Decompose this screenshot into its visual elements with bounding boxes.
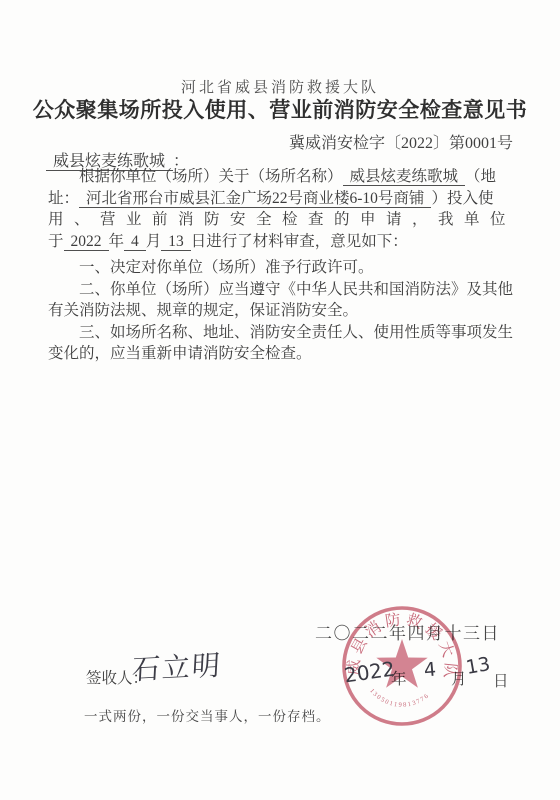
item-1: 一、决定对你单位（场所）准予行政许可。: [48, 257, 514, 279]
venue-address-blank: 河北省邢台市威县汇金广场22号商业楼6-10号商铺: [79, 190, 431, 208]
body-line-2: 址：河北省邢台市威县汇金广场22号商业楼6-10号商铺）投入使: [48, 188, 514, 210]
review-month-blank: 4: [124, 233, 146, 251]
review-year-blank: 2022: [64, 233, 109, 251]
year-label: 年: [109, 233, 125, 250]
document-title: 公众聚集场所投入使用、营业前消防安全检查意见书: [0, 94, 560, 124]
review-day-blank: 13: [161, 233, 191, 251]
body-line-4: 于2022年4月13日进行了材料审查，意见如下：: [48, 231, 514, 253]
item-3-text: 三、如场所名称、地址、消防安全责任人、使用性质等事项发生: [79, 324, 513, 341]
body-line-4-tail: 日进行了材料审查，意见如下：: [191, 233, 408, 250]
item-3-line-1: 三、如场所名称、地址、消防安全责任人、使用性质等事项发生: [48, 322, 514, 344]
body-paragraph: 根据你单位（场所）关于（场所名称）威县炫麦练歌城（地 址：河北省邢台市威县汇金广…: [48, 166, 514, 252]
seal-code: 13050119813776: [368, 688, 431, 709]
item-2-text: 二、你单位（场所）应当遵守《中华人民共和国消防法》及其他: [79, 281, 513, 298]
body-line-1-text: 根据你单位（场所）关于（场所名称）: [79, 168, 343, 185]
svg-text:13050119813776: 13050119813776: [368, 688, 431, 709]
item-1-text: 一、决定对你单位（场所）准予行政许可。: [79, 259, 374, 276]
body-line-3: 用、营业前消防安全检查的申请，我单位: [48, 209, 514, 231]
item-3-line-2: 变化的，应当重新申请消防安全检查。: [48, 343, 514, 365]
issue-day-label: 日: [493, 669, 509, 691]
item-2-line-2: 有关消防法规、规章的规定，保证消防安全。: [48, 300, 514, 322]
signature-handwritten-name: 石立明: [131, 644, 223, 689]
item-2-line-1: 二、你单位（场所）应当遵守《中华人民共和国消防法》及其他: [48, 279, 514, 301]
handwritten-month: 4: [423, 659, 437, 682]
body-line-2-text: 址：: [48, 190, 79, 207]
opinion-items: 一、决定对你单位（场所）准予行政许可。 二、你单位（场所）应当遵守《中华人民共和…: [48, 257, 514, 365]
handwritten-day: 13: [464, 653, 492, 679]
document-page: 河北省威县消防救援大队 公众聚集场所投入使用、营业前消防安全检查意见书 冀威消安…: [0, 0, 560, 800]
venue-name-blank: 威县炫麦练歌城: [343, 168, 466, 186]
body-line-2-tail: ）投入使: [431, 190, 493, 207]
body-line-4-text: 于: [48, 233, 64, 250]
copies-note: 一式两份，一份交当事人，一份存档。: [84, 705, 331, 725]
body-line-1-tail: （地: [465, 168, 496, 185]
body-line-1: 根据你单位（场所）关于（场所名称）威县炫麦练歌城（地: [48, 166, 514, 188]
month-label: 月: [146, 233, 162, 250]
